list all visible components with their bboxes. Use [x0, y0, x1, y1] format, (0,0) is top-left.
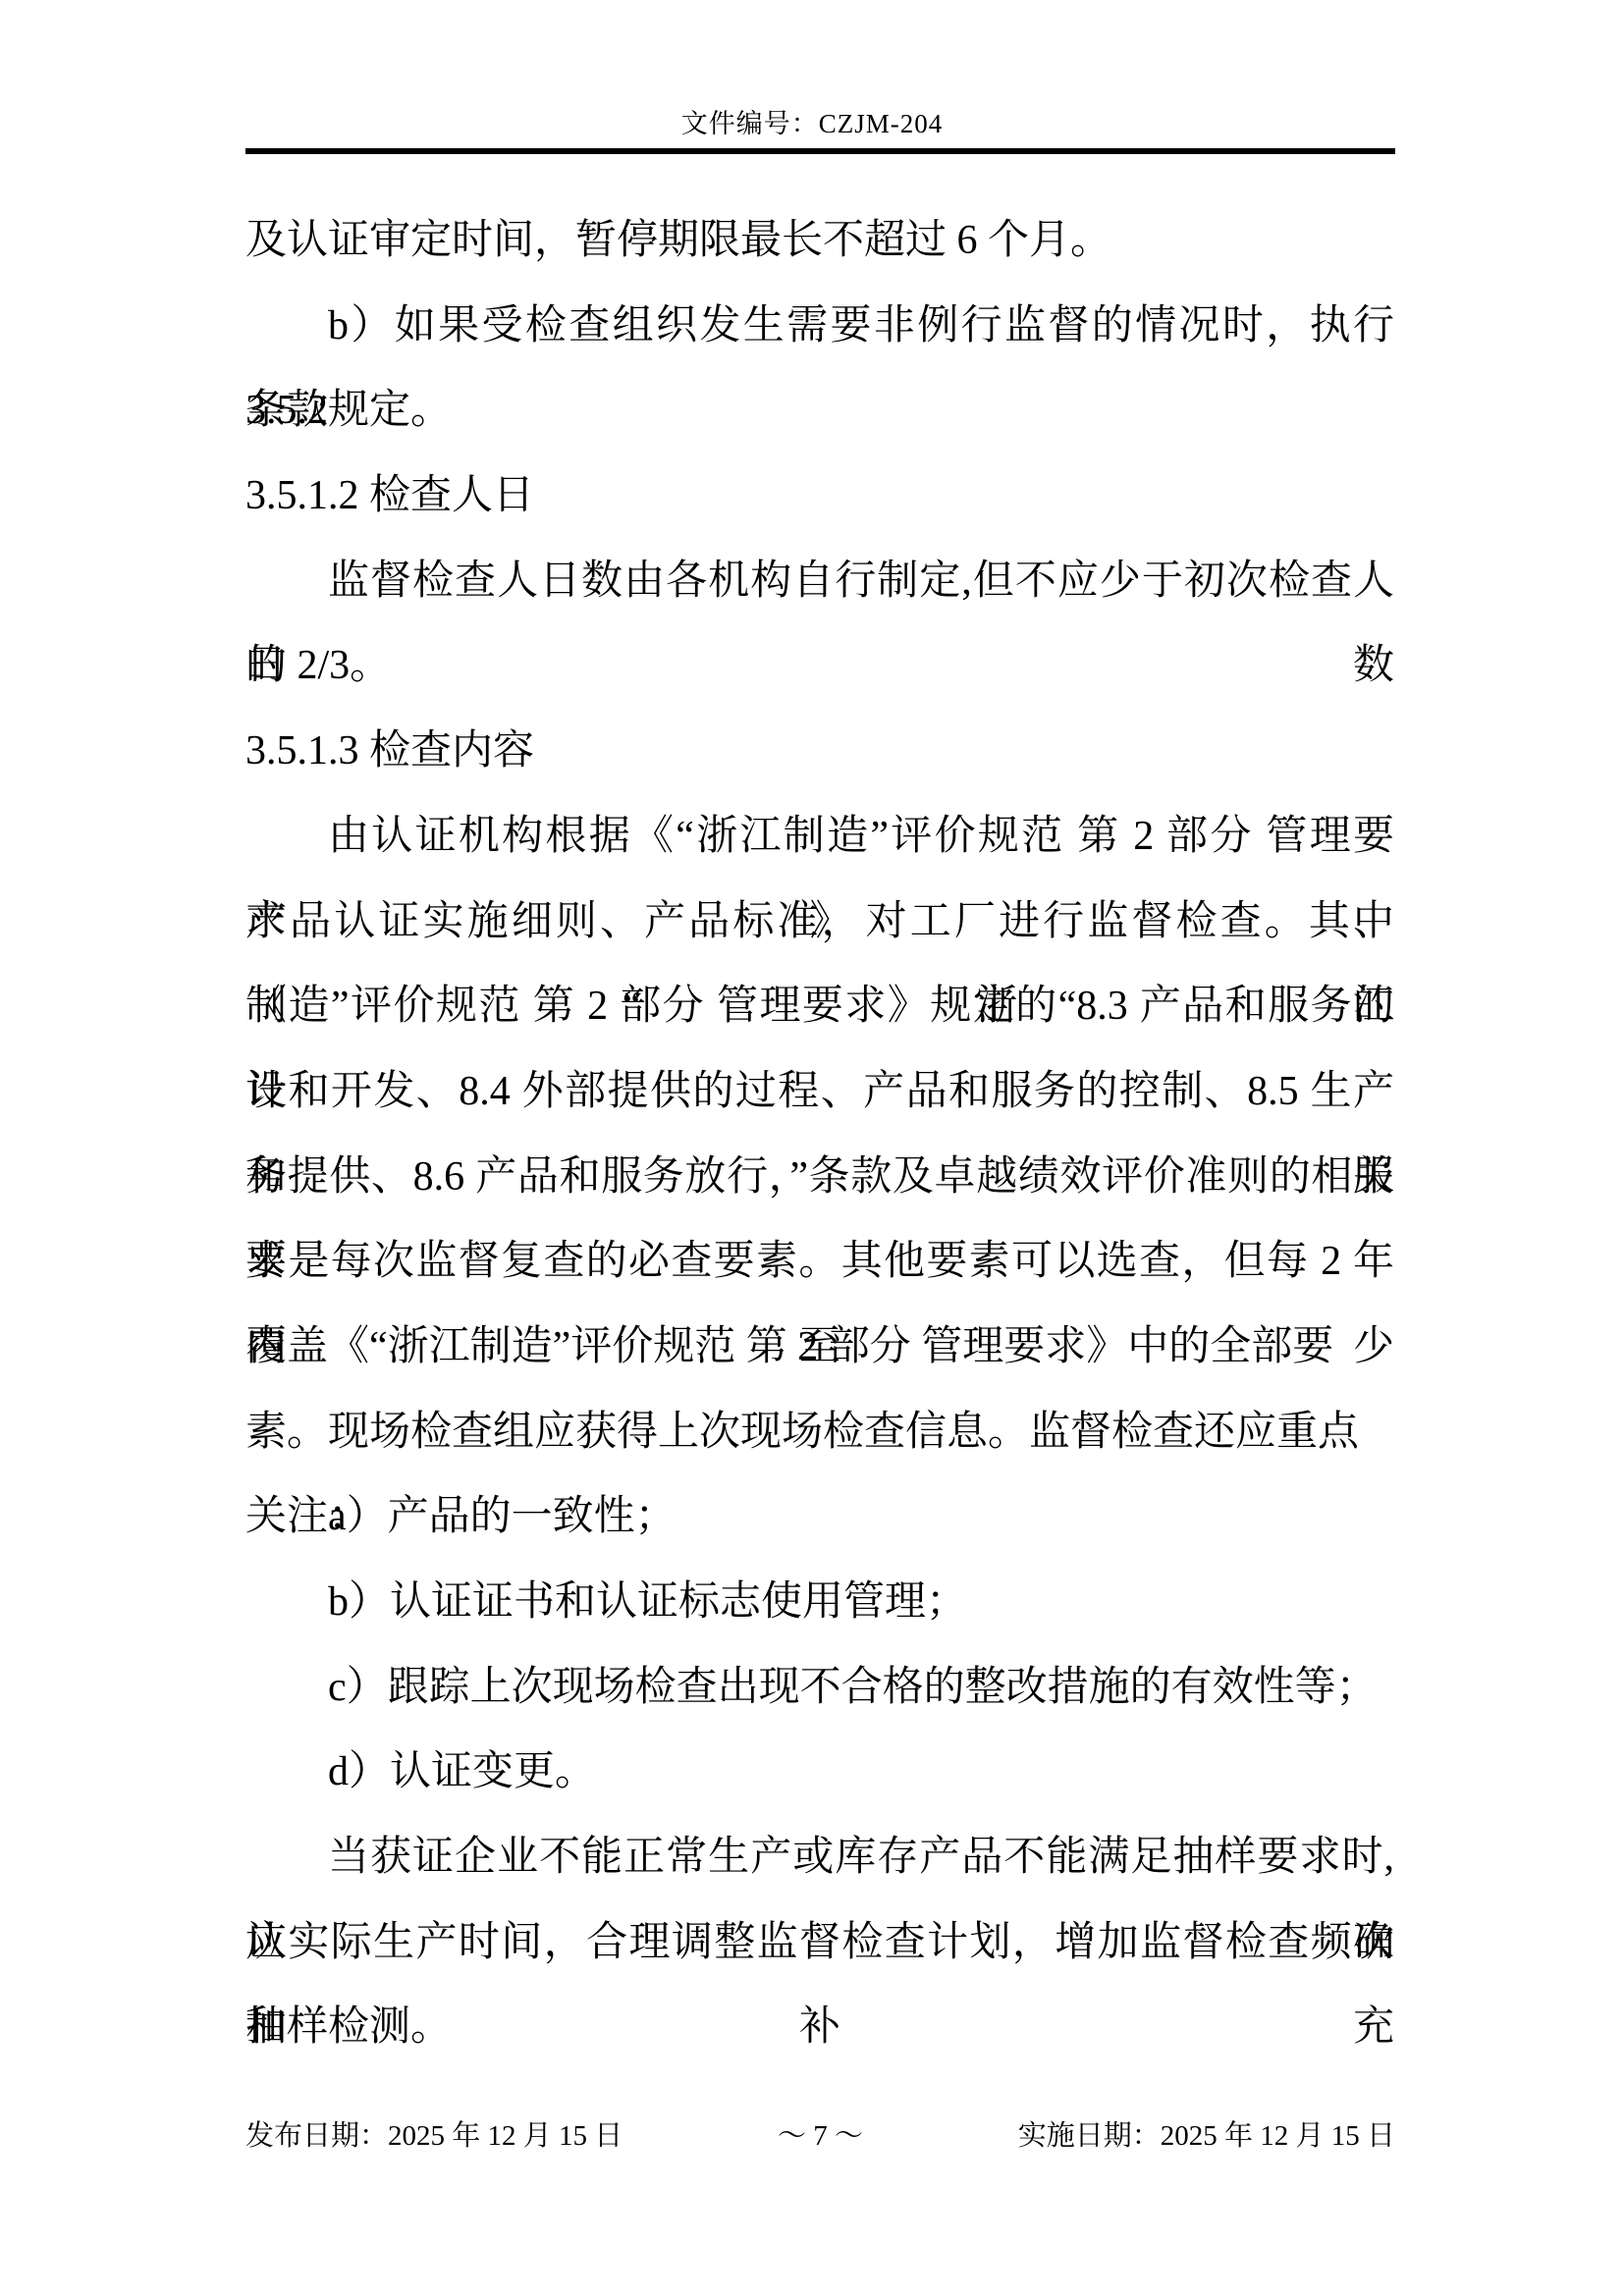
footer-issue-date: 发布日期：2025 年 12 月 15 日: [245, 2116, 778, 2156]
text-line: 现场检查组应获得上次现场检查信息。监督检查还应重点关注：: [245, 1390, 1394, 1475]
text-line: 由认证机构根据《“浙江制造”评价规范 第 2 部分 管理要求》、: [245, 794, 1394, 880]
text-line: b）认证证书和认证标志使用管理；: [245, 1560, 1394, 1645]
text-line: 当获证企业不能正常生产或库存产品不能满足抽样要求时,应确: [245, 1815, 1394, 1900]
text-line: 条款规定。: [245, 368, 1394, 454]
text-line: 及认证审定时间，暂停期限最长不超过 6 个月。: [245, 198, 1394, 284]
text-line: b）如果受检查组织发生需要非例行监督的情况时，执行 3.5.2: [245, 284, 1394, 369]
text-line: 求是每次监督复查的必查要素。其他要素可以选查，但每 2 年内至少: [245, 1219, 1394, 1305]
header-rule: [245, 148, 1395, 154]
footer: 发布日期：2025 年 12 月 15 日 ～ 7 ～ 实施日期：2025 年 …: [245, 2116, 1395, 2156]
text-line: 监督检查人日数由各机构自行制定,但不应少于初次检查人日数: [245, 539, 1394, 624]
text-line: 认实际生产时间，合理调整监督检查计划，增加监督检查频次和补充: [245, 1900, 1394, 1986]
text-line: 覆盖《“浙江制造”评价规范 第 2 部分 管理要求》中的全部要素。: [245, 1305, 1394, 1390]
text-line: 务提供、8.6 产品和服务放行，”条款及卓越绩效评价准则的相关要: [245, 1135, 1394, 1220]
header-doc-number: 文件编号：CZJM-204: [0, 106, 1624, 141]
text-line: 3.5.1.2 检查人日: [245, 454, 1394, 539]
text-line: a）产品的一致性；: [245, 1474, 1394, 1560]
text-line: 产品认证实施细则、产品标准，对工厂进行监督检查。其中《“浙江: [245, 880, 1394, 965]
text-line: 计和开发、8.4 外部提供的过程、产品和服务的控制、8.5 生产和服: [245, 1049, 1394, 1135]
page: 文件编号：CZJM-204 及认证审定时间，暂停期限最长不超过 6 个月。b）如…: [0, 0, 1624, 2296]
text-line: 制造”评价规范 第 2 部分 管理要求》规定的“8.3 产品和服务的设: [245, 964, 1394, 1049]
text-line: 3.5.1.3 检查内容: [245, 709, 1394, 794]
footer-page-number: ～ 7 ～: [778, 2116, 863, 2156]
footer-implement-date: 实施日期：2025 年 12 月 15 日: [863, 2116, 1395, 2156]
text-line: c）跟踪上次现场检查出现不合格的整改措施的有效性等；: [245, 1645, 1394, 1731]
document-body: 及认证审定时间，暂停期限最长不超过 6 个月。b）如果受检查组织发生需要非例行监…: [245, 198, 1394, 2070]
text-line: d）认证变更。: [245, 1730, 1394, 1815]
